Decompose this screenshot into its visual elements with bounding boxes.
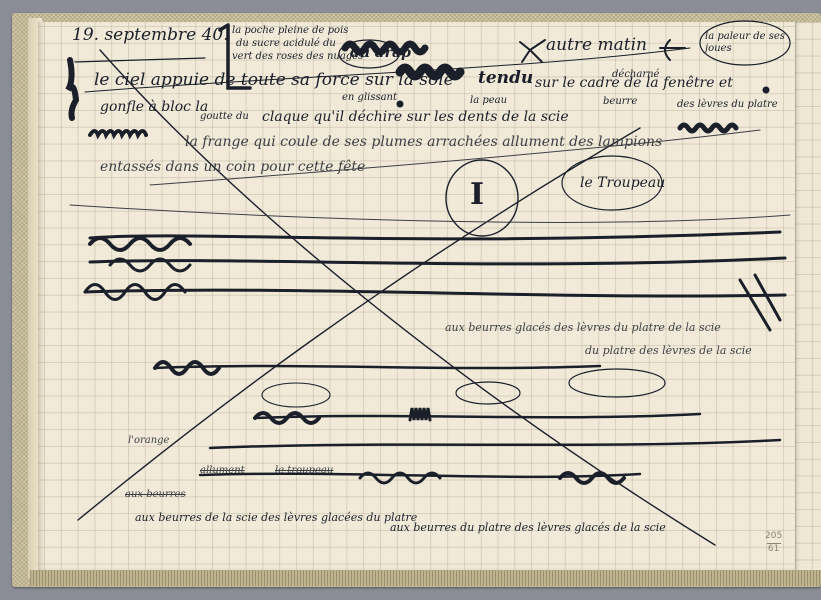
note-le-troupeau: le Troupeau (580, 176, 665, 190)
note-levres-platre: des lèvres du platre (677, 100, 778, 110)
folio-bottom: 61 (768, 544, 779, 554)
text-line-2-goutte: goutte du (200, 112, 249, 122)
text-line-1-cont: sur le cadre de la fenêtre et (535, 76, 733, 90)
note-en-glissant: en glissant (342, 93, 397, 103)
revision-line-5: aux beurres du platre des lèvres glacés … (390, 522, 666, 533)
revision-line-3: aux beurres (125, 490, 186, 500)
text-line-3: la frange qui coule de ses plumes arrach… (185, 135, 662, 149)
text-line-2-cont: claque qu'il déchire sur les dents de la… (262, 110, 569, 124)
text-line-1: le ciel appuie de toute sa force sur la … (94, 72, 454, 89)
revision-line-2: du platre des lèvres de la scie (585, 345, 752, 356)
struck-word-orange: l'orange (128, 436, 169, 446)
note-du-drap: du drap (350, 46, 411, 60)
note-beurre: beurre (603, 97, 637, 107)
note-paleur-1: la paleur de ses (705, 32, 785, 42)
revision-line-4: aux beurres de la scie des lèvres glacée… (135, 512, 417, 523)
margin-note-line-2: du sucre acidulé du (236, 39, 336, 49)
text-line-1-tendu: tendu (478, 70, 533, 87)
date-heading: 19. septembre 40. (72, 27, 229, 44)
struck-word-allument: allument (200, 466, 245, 476)
text-line-4: entassés dans un coin pour cette fête (100, 160, 365, 174)
note-la-peau: la peau (470, 96, 507, 106)
revision-line-1: aux beurres glacés des lèvres du platre … (445, 322, 721, 333)
note-paleur-2: joues (705, 44, 732, 54)
folio-number: 205 61 (765, 532, 782, 555)
note-autre-matin: autre matin (546, 37, 647, 54)
margin-note-line-3: vert des roses des nuages (232, 52, 363, 62)
struck-word-troupeau: le troupeau (275, 466, 333, 476)
folio-top: 205 (765, 531, 782, 541)
text-line-2: gonfle à bloc la (100, 100, 208, 114)
margin-note-line-1: la poche pleine de pois (232, 26, 348, 36)
section-marker-I: I (470, 180, 484, 210)
